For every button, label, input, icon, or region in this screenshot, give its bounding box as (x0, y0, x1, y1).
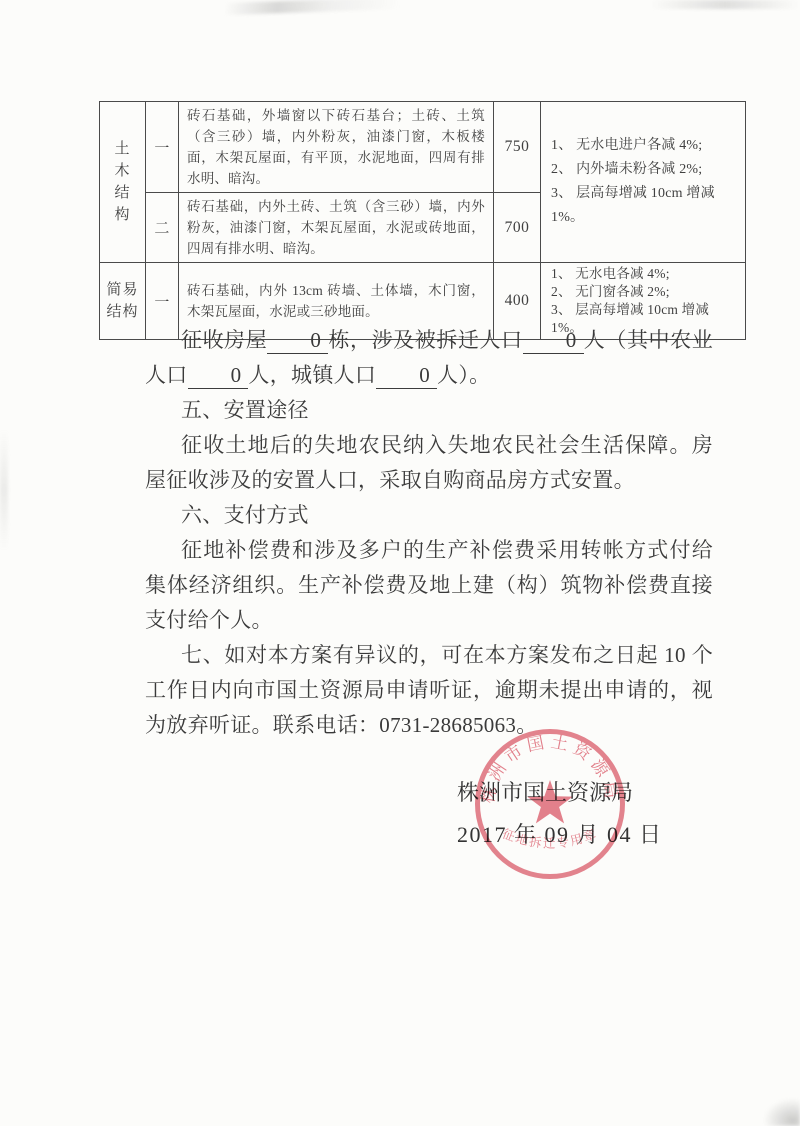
filled-in-number: 0 (267, 327, 328, 354)
document-body: 征收房屋0栋，涉及被拆迁人口0人（其中农业人口0人，城镇人口0人）。 五、安置途… (145, 323, 713, 743)
value-cell: 750 (494, 102, 541, 193)
official-seal: 株洲市国土资源局 征地拆迁专用章 (472, 726, 628, 882)
scanned-document-page: { "table": { "civil": { "category": "土\n… (0, 0, 800, 1126)
filled-in-number: 0 (188, 362, 249, 389)
value-cell: 700 (494, 193, 541, 263)
section-5-heading: 五、安置途径 (145, 393, 713, 428)
intro-paragraph: 征收房屋0栋，涉及被拆迁人口0人（其中农业人口0人，城镇人口0人）。 (145, 323, 713, 393)
section-6-heading: 六、支付方式 (145, 498, 713, 533)
grade-cell: 二 (146, 193, 179, 263)
compensation-table: 土 木 结 构 一 砖石基础，外墙窗以下砖石基台；土砖、土筑（含三砂）墙，内外粉… (99, 101, 746, 340)
notes-cell-civil: 1、 无水电进户各减 4%; 2、 内外墙未粉各减 2%; 3、 层高每增减 1… (541, 102, 746, 263)
grade-cell: 一 (146, 102, 179, 193)
category-cell-civil-structure: 土 木 结 构 (100, 102, 146, 263)
description-cell: 砖石基础，内外土砖、土筑（含三砂）墙，内外粉灰，油漆门窗，木架瓦屋面，水泥或砖地… (179, 193, 494, 263)
scan-smudge-left-edge (0, 430, 8, 550)
description-cell: 砖石基础，外墙窗以下砖石基台；土砖、土筑（含三砂）墙，内外粉灰，油漆门窗，木板楼… (179, 102, 494, 193)
category-cell-simple-structure: 简易 结构 (100, 263, 146, 340)
filled-in-number: 0 (523, 327, 584, 354)
scan-smudge-top-right (650, 0, 800, 9)
filled-in-number: 0 (376, 362, 437, 389)
svg-text:征地拆迁专用章: 征地拆迁专用章 (500, 826, 599, 851)
table-row-civil-grade1: 土 木 结 构 一 砖石基础，外墙窗以下砖石基台；土砖、土筑（含三砂）墙，内外粉… (100, 102, 746, 193)
scan-smudge-top-left (225, 0, 400, 15)
section-5-paragraph: 征收土地后的失地农民纳入失地农民社会生活保障。房屋征收涉及的安置人口，采取自购商… (145, 428, 713, 498)
seal-bottom-text: 征地拆迁专用章 (500, 826, 599, 851)
section-6-paragraph: 征地补偿费和涉及多户的生产补偿费采用转帐方式付给集体经济组织。生产补偿费及地上建… (145, 533, 713, 638)
scan-smudge-bottom-right (763, 1098, 800, 1126)
seal-star-icon (527, 780, 573, 823)
